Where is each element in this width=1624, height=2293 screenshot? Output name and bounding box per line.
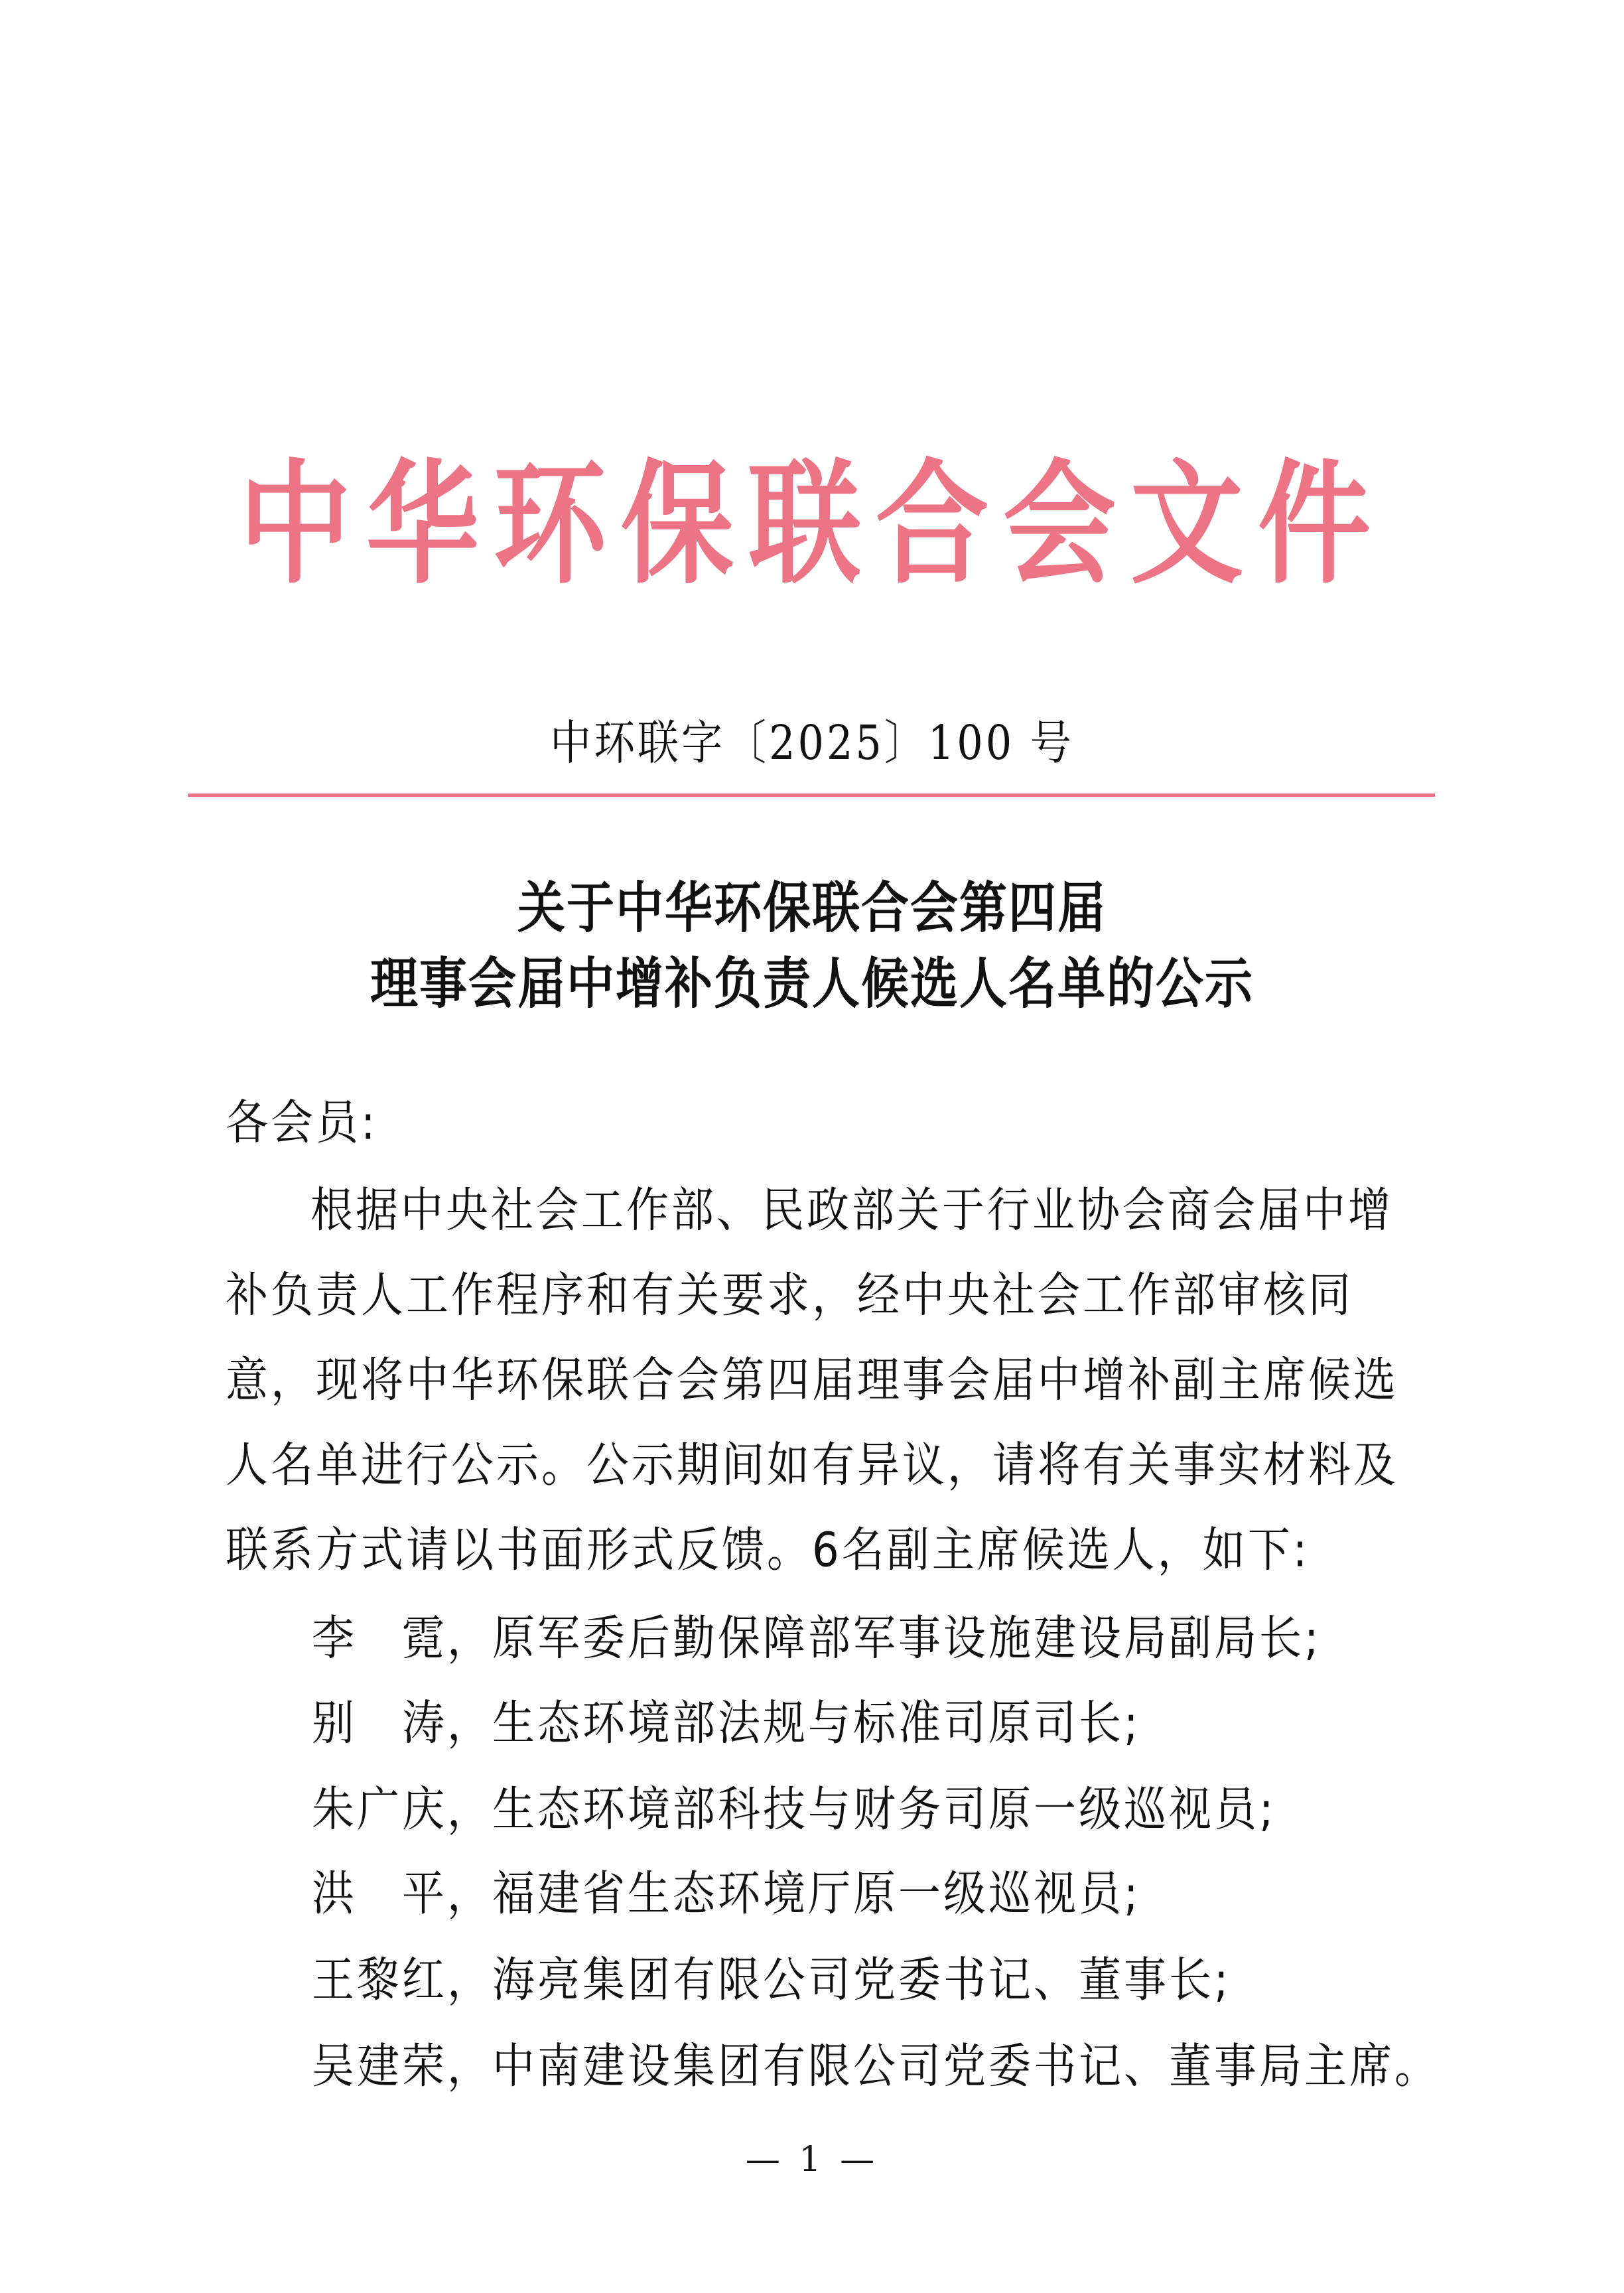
candidate-item: 朱广庆，生态环境部科技与财务司原一级巡视员; xyxy=(312,1780,1276,1840)
paragraph-line: 根据中央社会工作部、民政部关于行业协会商会届中增 xyxy=(310,1181,1393,1241)
document-number: 中环联字〔2025〕100 号 xyxy=(0,709,1624,778)
candidate-item: 别 涛，生态环境部法规与标准司原司长; xyxy=(312,1694,1141,1754)
candidate-description: ，生态环境部法规与标准司原司长; xyxy=(447,1697,1141,1752)
candidate-name: 朱广庆 xyxy=(312,1783,447,1838)
candidate-description: ，福建省生态环境厅原一级巡视员; xyxy=(447,1867,1141,1922)
document-title-line-1: 关于中华环保联合会第四届 xyxy=(0,870,1624,946)
candidate-description: ，生态环境部科技与财务司原一级巡视员; xyxy=(447,1783,1276,1838)
candidate-name: 吴建荣 xyxy=(312,2040,447,2095)
candidate-name: 王黎红 xyxy=(312,1953,447,2008)
salutation: 各会员: xyxy=(226,1093,378,1153)
org-header-title: 中华环保联合会文件 xyxy=(0,446,1624,602)
paragraph-line: 人名单进行公示。公示期间如有异议，请将有关事实材料及 xyxy=(226,1436,1398,1495)
candidate-item: 李 霓，原军委后勤保障部军事设施建设局副局长; xyxy=(312,1609,1321,1669)
candidate-item: 王黎红，海亮集团有限公司党委书记、董事长; xyxy=(312,1951,1231,2010)
candidate-item: 洪 平，福建省生态环境厅原一级巡视员; xyxy=(312,1864,1141,1924)
candidate-name: 别 涛 xyxy=(312,1697,447,1752)
paragraph-line: 补负责人工作程序和有关要求，经中央社会工作部审核同 xyxy=(226,1266,1353,1326)
paragraph-line: 意，现将中华环保联合会第四届理事会届中增补副主席候选 xyxy=(226,1351,1398,1411)
candidate-item: 吴建荣，中南建设集团有限公司党委书记、董事局主席。 xyxy=(312,2037,1440,2097)
candidate-description: ，原军委后勤保障部军事设施建设局副局长; xyxy=(447,1612,1321,1667)
document-title-line-2: 理事会届中增补负责人候选人名单的公示 xyxy=(0,945,1624,1022)
red-divider-line xyxy=(188,794,1435,797)
page-number: — 1 — xyxy=(0,2140,1624,2180)
candidate-name: 李 霓 xyxy=(312,1612,447,1667)
candidate-description: ，海亮集团有限公司党委书记、董事长; xyxy=(447,1953,1231,2008)
paragraph-line: 联系方式请以书面形式反馈。6名副主席候选人，如下: xyxy=(226,1521,1310,1580)
candidate-description: ，中南建设集团有限公司党委书记、董事局主席。 xyxy=(447,2040,1440,2095)
candidate-name: 洪 平 xyxy=(312,1867,447,1922)
